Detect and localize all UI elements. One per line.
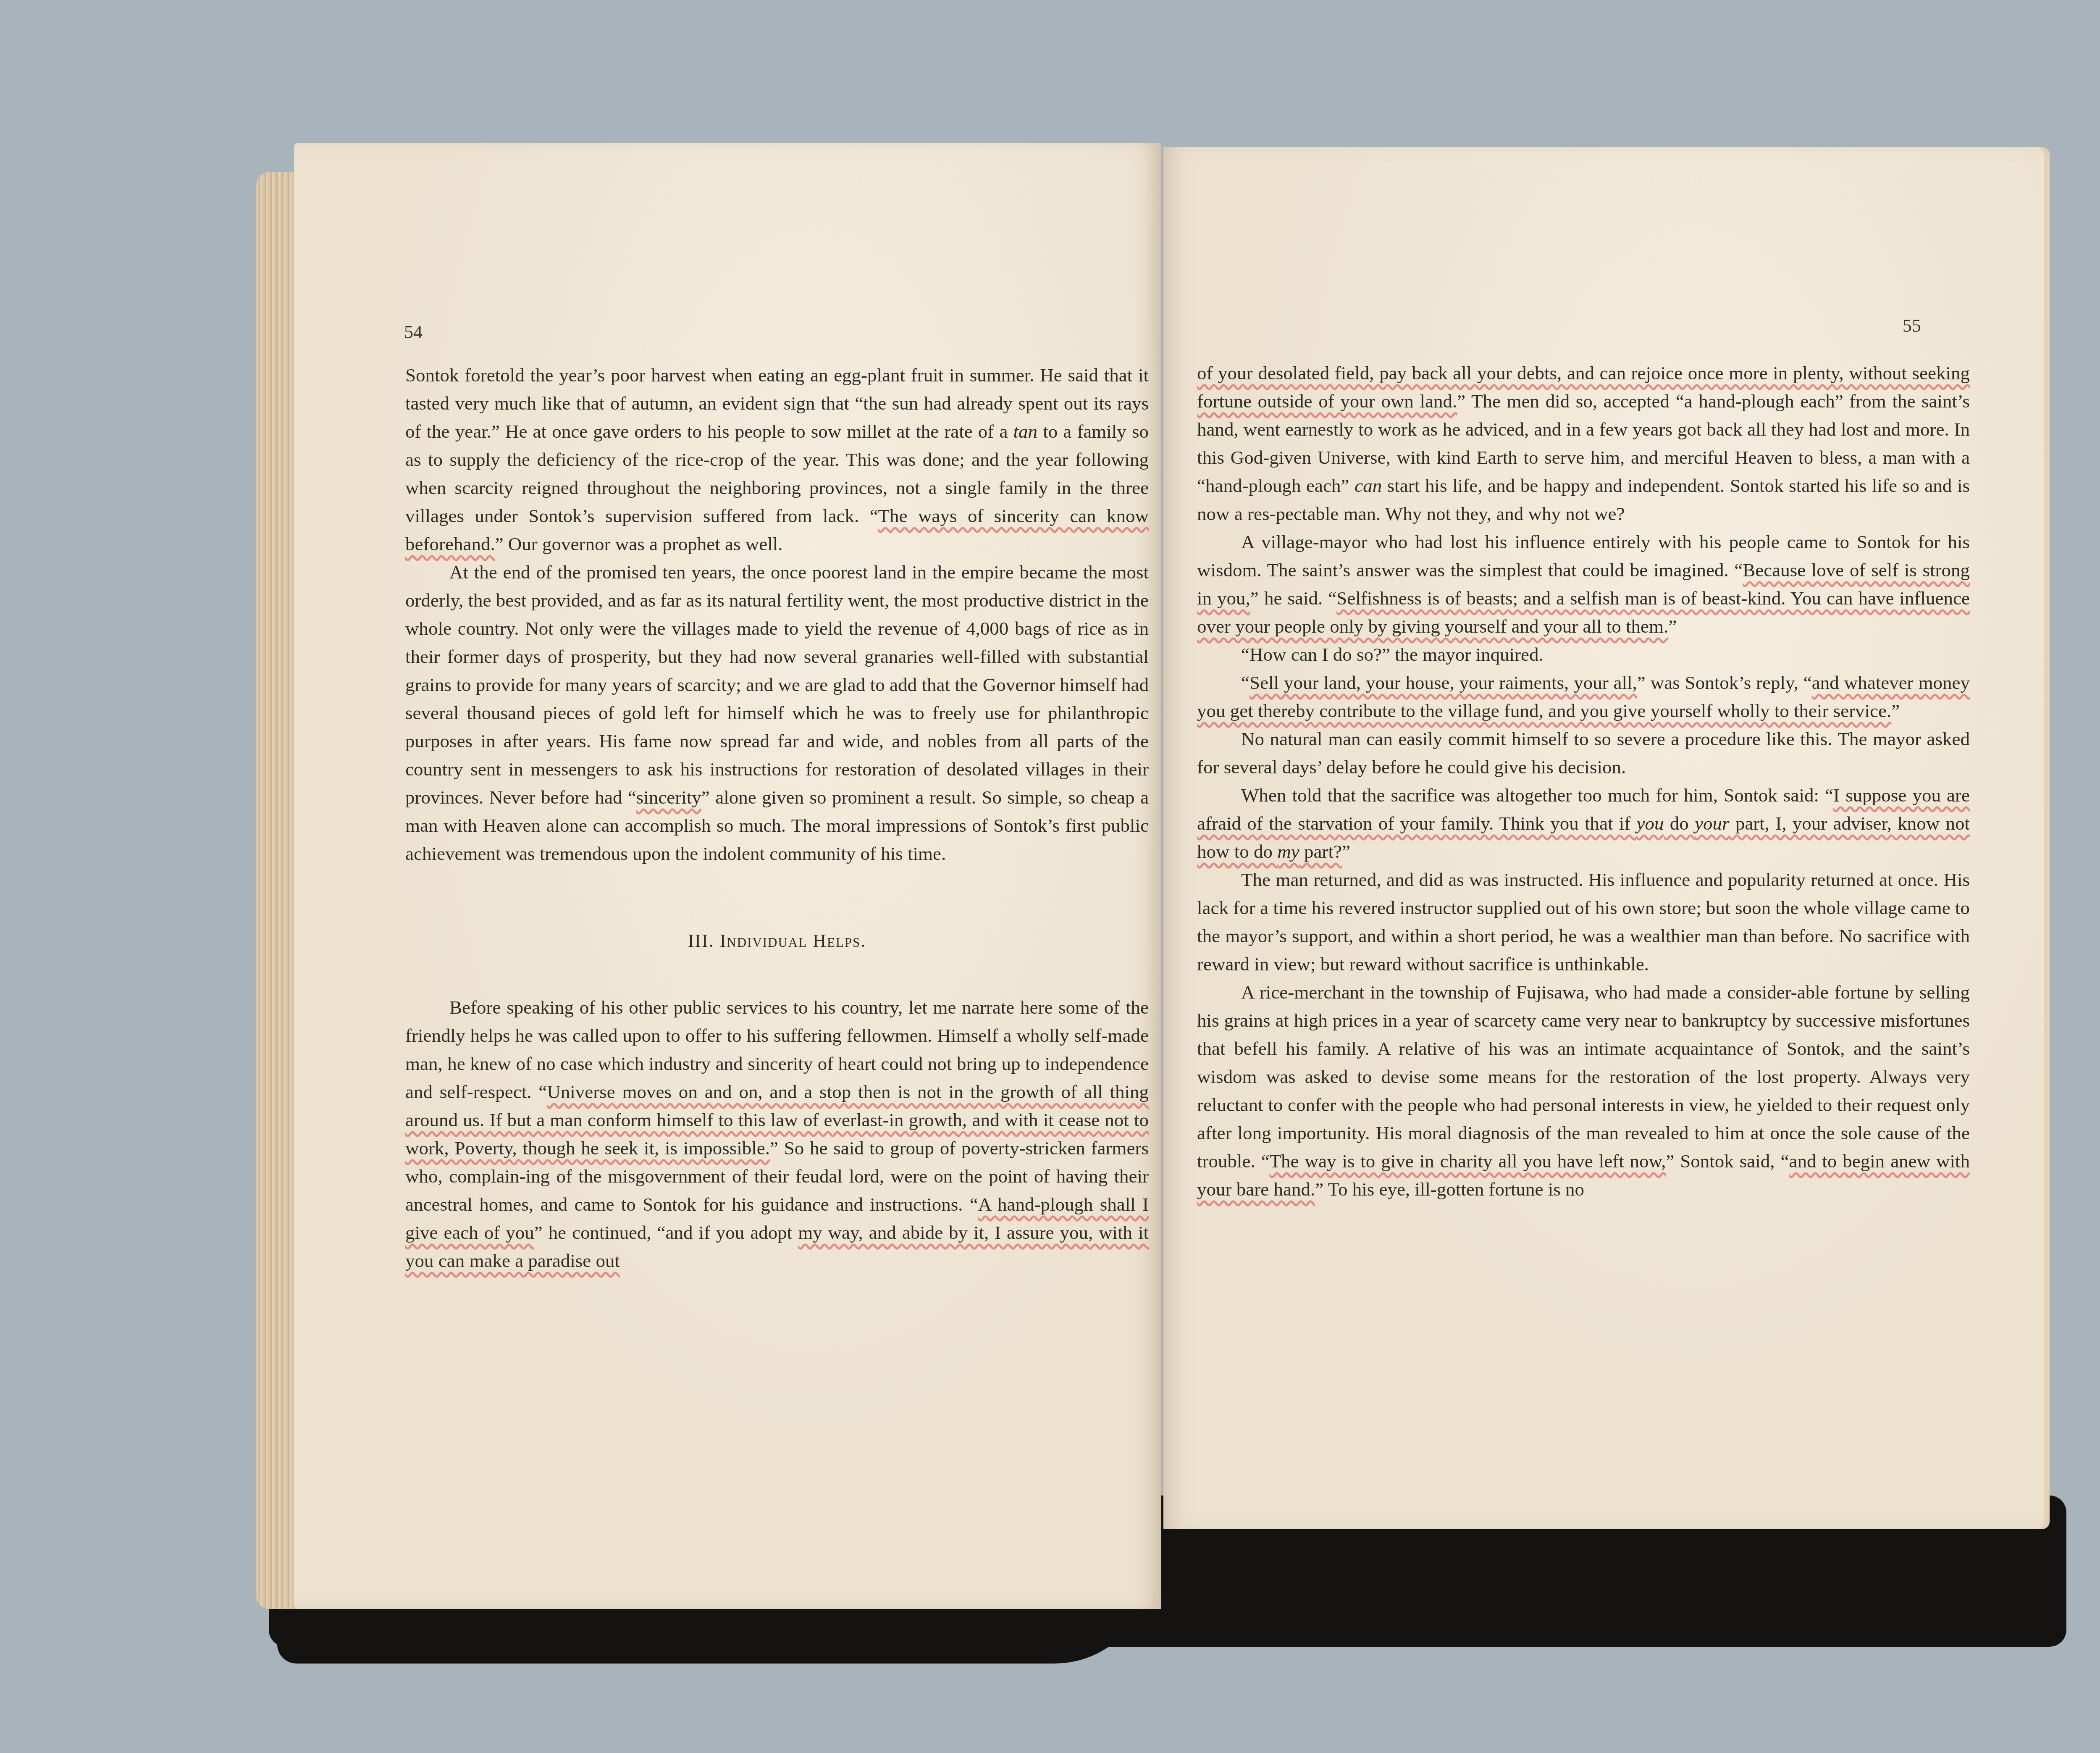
text-segment: tan [1013,421,1038,442]
text-segment: “How can I do so?” the mayor inquired. [1241,644,1543,665]
right-page: 55 of your desolated field, pay back all… [1163,147,2050,1529]
paragraph: “How can I do so?” the mayor inquired. [1197,641,1970,669]
left-page: 54 Sontok foretold the year’s poor harve… [294,143,1161,1609]
text-segment: “ [1241,672,1249,693]
text-segment: ” [1342,841,1350,862]
right-page-paragraphs: of your desolated field, pay back all yo… [1197,359,1970,1204]
paragraph: of your desolated field, pay back all yo… [1197,359,1970,528]
highlighted-text: your [1695,813,1730,834]
highlighted-text: sincerity [636,787,701,808]
paragraph: No natural man can easily commit himself… [1197,725,1970,781]
left-page-text: Sontok foretold the year’s poor harvest … [405,361,1149,1275]
paragraph: At the end of the promised ten years, th… [405,558,1149,868]
text-segment: ” [1891,700,1900,721]
page-number-left: 54 [404,321,423,343]
text-segment: No natural man can easily commit himself… [1197,728,1970,778]
text-segment: When told that the sacrifice was altoget… [1241,785,1833,806]
highlighted-text: The way is to give in charity all you ha… [1270,1151,1666,1172]
highlighted-text: Sell your land, your house, your raiment… [1249,672,1637,693]
paragraph: Sontok foretold the year’s poor harvest … [405,361,1149,558]
text-segment: At the end of the promised ten years, th… [405,562,1149,808]
page-number-right: 55 [1903,315,1921,336]
highlighted-text: part? [1299,841,1342,862]
paragraph: A village-mayor who had lost his influen… [1197,528,1970,641]
paragraph: “Sell your land, your house, your raimen… [1197,669,1970,725]
highlighted-text: my [1277,841,1299,862]
left-page-paragraphs: Sontok foretold the year’s poor harvest … [405,361,1149,868]
text-segment: A rice-merchant in the township of Fujis… [1197,982,1970,1172]
text-segment: ” Our governor was a prophet as well. [495,534,783,555]
section-heading: III. Individual Helps. [405,927,1149,955]
highlighted-text: you [1637,813,1664,834]
text-segment: ” [1668,616,1677,637]
text-segment: ” Sontok said, “ [1666,1151,1789,1172]
paragraph: The man returned, and did as was instruc… [1197,866,1970,978]
text-segment: can [1354,475,1382,496]
text-segment: ” he continued, “and if you adopt [534,1222,798,1243]
paragraph: When told that the sacrifice was altoget… [1197,781,1970,866]
text-segment: The man returned, and did as was instruc… [1197,869,1970,975]
text-segment: ” he said. “ [1250,588,1336,609]
section-paragraphs: Before speaking of his other public serv… [405,993,1149,1275]
text-segment: ” To his eye, ill-gotten fortune is no [1315,1179,1584,1200]
paragraph: A rice-merchant in the township of Fujis… [1197,978,1970,1204]
right-page-text: of your desolated field, pay back all yo… [1197,359,1970,1204]
paragraph: Before speaking of his other public serv… [405,993,1149,1275]
highlighted-text: do [1664,813,1695,834]
text-segment: ” was Sontok’s reply, “ [1637,672,1812,693]
